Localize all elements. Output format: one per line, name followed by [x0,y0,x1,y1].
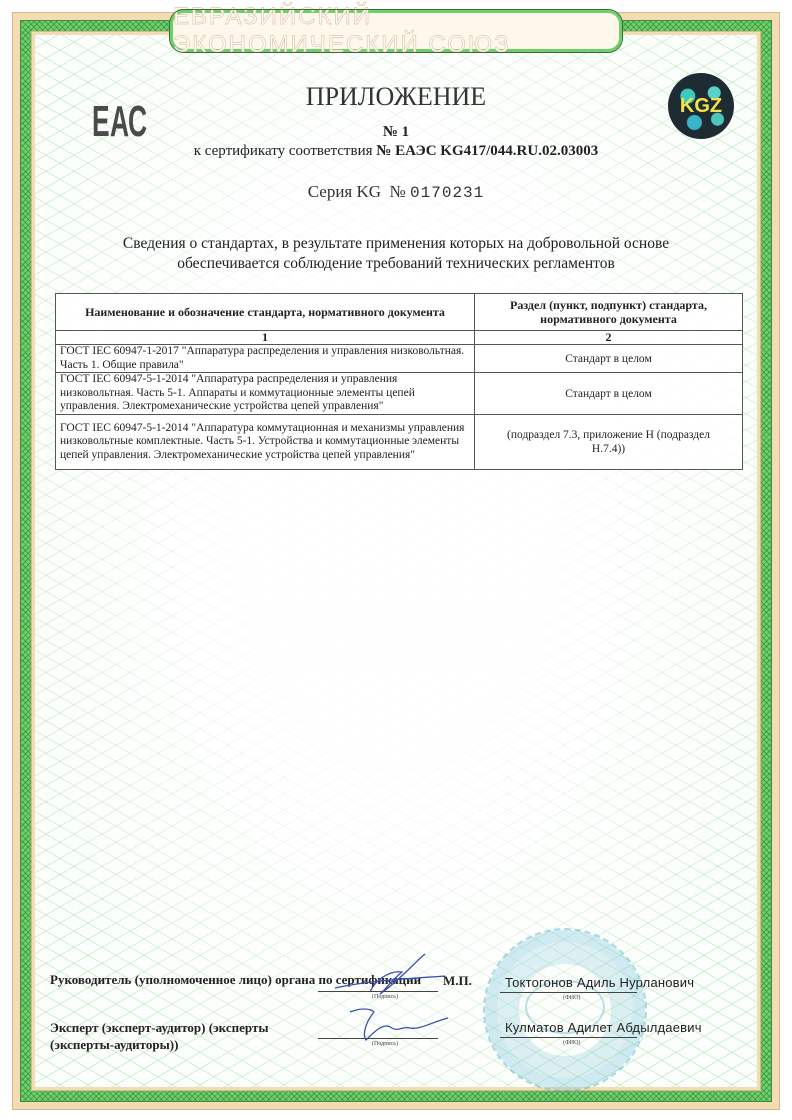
standard-name: ГОСТ IEC 60947-5-1-2014 "Аппаратура расп… [56,373,475,415]
head-name-line [500,992,637,993]
column-header-section: Раздел (пункт, подпункт) стандарта, норм… [475,294,743,331]
standard-section: (подраздел 7.3, приложение Н (подраздел … [475,415,743,470]
seal-placeholder-label: М.П. [443,973,472,989]
expert-signature-line [318,1038,438,1039]
certificate-reference: к сертификату соответствия № ЕАЭС KG417/… [0,143,792,160]
expert-name-caption: (ФИО) [563,1040,580,1046]
head-signature-icon [330,950,450,1000]
series-label: Серия KG № [308,182,406,201]
column-index-2: 2 [475,331,743,345]
official-seal-icon [483,928,647,1092]
appendix-number: № 1 [0,124,792,141]
standard-section: Стандарт в целом [475,345,743,373]
column-index-row: 1 2 [56,331,743,345]
union-banner-text: Евразийский экономический союз [173,3,619,59]
table-row: ГОСТ IEC 60947-5-1-2014 "Аппаратура комм… [56,415,743,470]
series-line: Серия KG № 0170231 [0,182,792,202]
standard-section: Стандарт в целом [475,373,743,415]
expert-signature-caption: (Подпись) [372,1041,398,1047]
head-signatory-name: Токтогонов Адиль Нурланович [505,975,694,990]
series-number: 0170231 [410,184,484,202]
certificate-number: № ЕАЭС KG417/044.RU.02.03003 [376,143,598,159]
certificate-prefix: к сертификату соответствия [194,143,373,159]
expert-name-line [500,1037,637,1038]
head-signature-line [318,991,438,992]
standard-name: ГОСТ IEC 60947-1-2017 "Аппаратура распре… [56,345,475,373]
table-row: ГОСТ IEC 60947-5-1-2014 "Аппаратура расп… [56,373,743,415]
table-row: ГОСТ IEC 60947-1-2017 "Аппаратура распре… [56,345,743,373]
expert-signatory-label: Эксперт (эксперт-аудитор) (эксперты (экс… [50,1019,270,1053]
column-index-1: 1 [56,331,475,345]
standards-table: Наименование и обозначение стандарта, но… [55,293,743,470]
standard-name: ГОСТ IEC 60947-5-1-2014 "Аппаратура комм… [56,415,475,470]
standards-intro: Сведения о стандартах, в результате прим… [100,234,692,274]
expert-signatory-name: Кулматов Адилет Абдылдаевич [505,1020,702,1035]
page-title: ПРИЛОЖЕНИЕ [0,82,792,112]
head-name-caption: (ФИО) [563,995,580,1001]
column-header-standard: Наименование и обозначение стандарта, но… [56,294,475,331]
union-banner: Евразийский экономический союз [170,10,622,52]
